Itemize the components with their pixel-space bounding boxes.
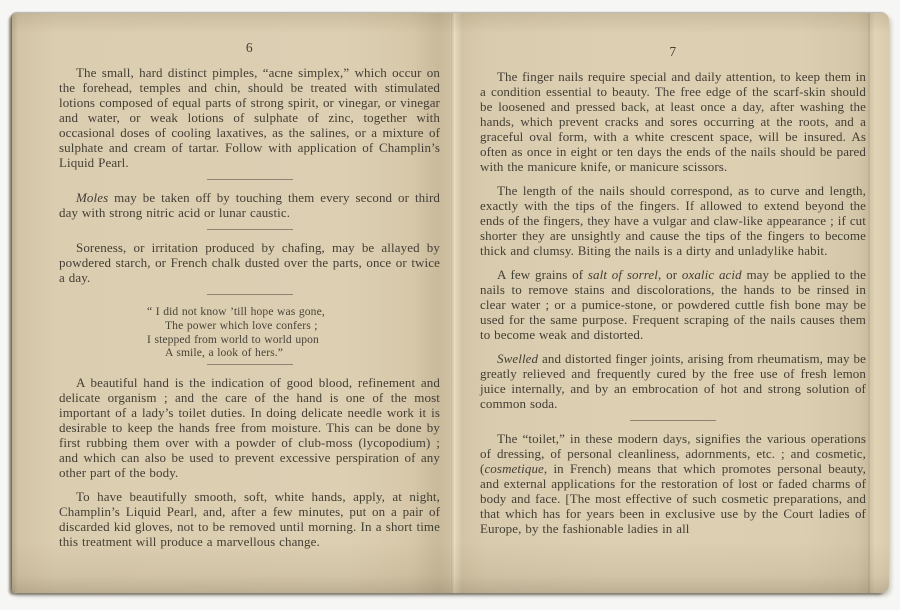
section-divider-rule	[630, 420, 716, 421]
section-divider-rule	[207, 294, 293, 295]
verse-line: The power which love confers ;	[147, 319, 440, 333]
page-number-left: 6	[59, 40, 440, 56]
verse-line: “ I did not know ’till hope was gone,	[147, 305, 440, 319]
paragraph: Swelled and distorted finger joints, ari…	[480, 351, 866, 411]
section-divider-rule	[207, 364, 293, 365]
paragraph: To have beautifully smooth, soft, white …	[59, 489, 440, 549]
page-number-right: 7	[480, 44, 866, 60]
paragraph: A beautiful hand is the indication of go…	[59, 375, 440, 480]
paragraph: Moles may be taken off by touching them …	[59, 190, 440, 220]
verse-line: A smile, a look of hers.”	[147, 346, 440, 360]
paragraph: The “toilet,” in these modern days, sign…	[480, 431, 866, 536]
book-scan-photo: 6 The small, hard distinct pimples, “acn…	[0, 0, 900, 610]
verse-line: I stepped from world to world upon	[147, 333, 440, 347]
open-book: 6 The small, hard distinct pimples, “acn…	[12, 13, 889, 593]
page-7: 7 The finger nails require special and d…	[452, 13, 889, 593]
page-edge-crease	[868, 13, 870, 593]
paragraph: A few grains of salt of sorrel, or oxali…	[480, 267, 866, 342]
paragraph: Soreness, or irritation produced by chaf…	[59, 240, 440, 285]
paragraph: The small, hard distinct pimples, “acne …	[59, 65, 440, 170]
paragraph: The finger nails require special and dai…	[480, 69, 866, 174]
section-divider-rule	[207, 179, 293, 180]
page-7-text: The finger nails require special and dai…	[480, 69, 866, 536]
section-divider-rule	[207, 229, 293, 230]
page-6: 6 The small, hard distinct pimples, “acn…	[12, 13, 452, 593]
paragraph: The length of the nails should correspon…	[480, 183, 866, 258]
verse-quote: “ I did not know ’till hope was gone,The…	[147, 305, 440, 360]
page-6-text: The small, hard distinct pimples, “acne …	[59, 65, 440, 549]
